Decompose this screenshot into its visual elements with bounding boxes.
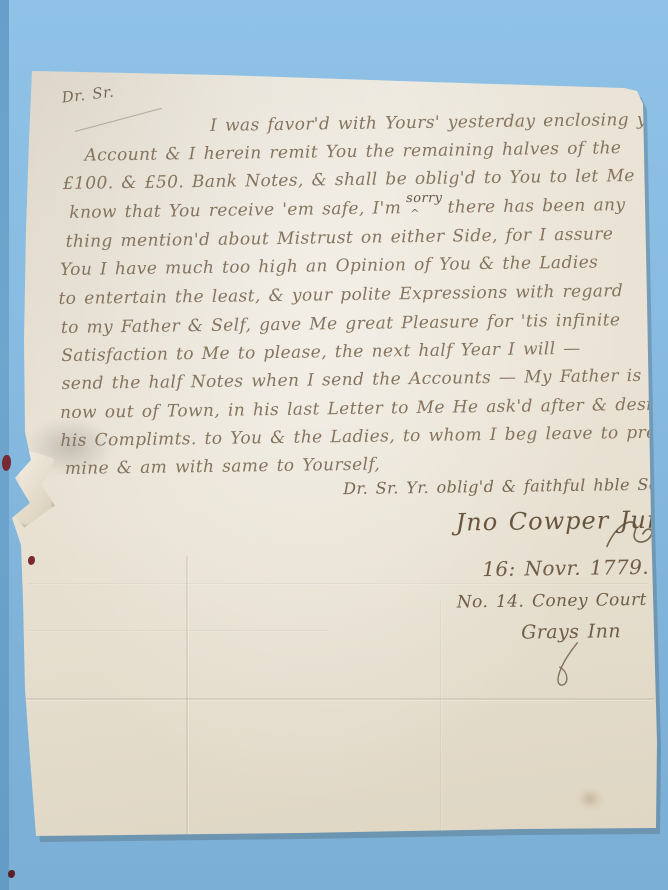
- body-line-7: to entertain the least, & your polite Ex…: [58, 281, 623, 309]
- body-line-5: thing mention'd about Mistrust on either…: [66, 224, 614, 252]
- body-line-4-pre: know that You receive 'em safe, I'm: [69, 198, 401, 223]
- photograph-of-letter: Dr. Sr. I was favor'd with Yours' yester…: [0, 0, 668, 890]
- wax-spot-1: [2, 455, 11, 471]
- body-line-4-post: there has been any: [447, 195, 625, 217]
- date-line: 16: Novr. 1779.: [482, 555, 649, 581]
- body-line-4: know that You receive 'em safe, I'm^sorr…: [69, 195, 625, 223]
- insertion-caret: ^: [410, 207, 420, 220]
- body-line-10: send the half Notes when I send the Acco…: [62, 366, 642, 394]
- wax-spot-3: [8, 870, 15, 878]
- body-line-1: I was favor'd with Yours' yesterday encl…: [210, 109, 668, 136]
- body-line-3: £100. & £50. Bank Notes, & shall be obli…: [63, 166, 635, 194]
- body-line-12: his Complimts. to You & the Ladies, to w…: [60, 422, 668, 451]
- body-line-2: Account & I herein remit You the remaini…: [84, 138, 621, 165]
- handwriting-layer: Dr. Sr. I was favor'd with Yours' yester…: [0, 0, 668, 890]
- descender-flourish: [547, 641, 598, 692]
- body-line-8: to my Father & Self, gave Me great Pleas…: [61, 310, 621, 338]
- letter-paper: Dr. Sr. I was favor'd with Yours' yester…: [0, 0, 668, 890]
- body-line-9: Satisfaction to Me to please, the next h…: [61, 339, 581, 366]
- body-line-13: mine & am with same to Yourself,: [65, 455, 381, 479]
- inserted-word-wrap: ^sorry: [406, 198, 443, 219]
- salutation: Dr. Sr.: [61, 83, 115, 107]
- background-shadow-strip: [0, 0, 9, 890]
- body-line-6: You I have much too high an Opinion of Y…: [60, 253, 598, 281]
- address-line-1: No. 14. Coney Court: [457, 590, 647, 613]
- inserted-word: sorry: [406, 191, 442, 207]
- valediction: Dr. Sr. Yr. oblig'd & faithful hble Serv…: [343, 474, 668, 498]
- body-line-11: now out of Town, in his last Letter to M…: [60, 394, 668, 423]
